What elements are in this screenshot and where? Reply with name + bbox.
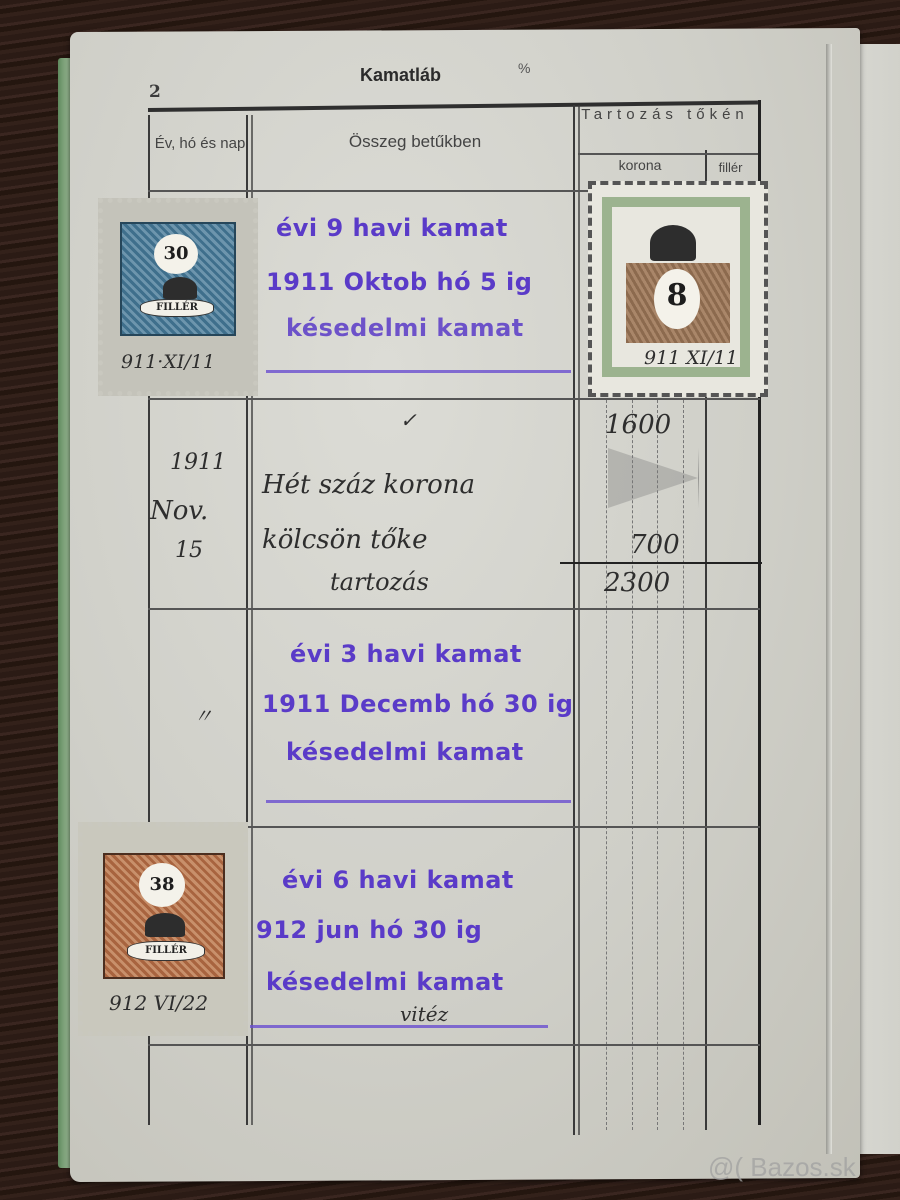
stamped-line: évi 3 havi kamat: [290, 640, 522, 668]
stamp-value: 30: [154, 234, 198, 274]
crown-icon: [650, 225, 696, 261]
column-divider-amount: [573, 105, 575, 1135]
date-year: 1911: [170, 450, 226, 475]
revenue-stamp-30: 30 FILLÉR 911·XI/11: [98, 198, 258, 396]
signature: vitéz: [400, 1002, 448, 1026]
korona-total: 2300: [604, 568, 670, 598]
stamped-line: késedelmi kamat: [286, 738, 524, 766]
korona-guide-1: [606, 400, 607, 1130]
revenue-stamp-8: 8 911 XI/11: [588, 181, 768, 397]
sum-rule: [560, 562, 762, 564]
header-debt: Tartozás tőkén: [575, 104, 755, 126]
pencil-triangle-mark: [608, 448, 699, 508]
handwritten-line: Hét száz korona: [262, 470, 475, 500]
stamp-value: 8: [654, 269, 700, 329]
stamp-value: 38: [139, 863, 185, 907]
percent-sign: %: [518, 60, 530, 76]
header-subdivider: [578, 153, 758, 155]
date-month: Nov.: [150, 496, 208, 526]
row-divider-4: [148, 1044, 760, 1046]
korona-value: 1600: [605, 410, 671, 440]
korona-value: 700: [630, 530, 680, 560]
stamp-cancel-date: 911·XI/11: [121, 351, 215, 373]
stamp-unit: FILLÉR: [140, 299, 214, 317]
korona-guide-2: [632, 400, 633, 1130]
stamped-line: késedelmi kamat: [266, 968, 504, 996]
ink-underline: [250, 1025, 548, 1028]
ditto-mark: 〃: [193, 700, 213, 729]
stamped-line: 1911 Decemb hó 30 ig: [262, 690, 574, 718]
page-title: Kamatláb: [360, 65, 441, 86]
ink-underline: [266, 800, 571, 803]
date-day: 15: [175, 538, 203, 563]
header-date: Év, hó és nap: [150, 132, 250, 156]
row-divider-2: [148, 608, 760, 610]
row-divider-1: [148, 398, 760, 400]
watermark: @( Bazos.sk: [708, 1152, 856, 1183]
revenue-stamp-38: 38 FILLÉR 912 VI/22: [78, 822, 248, 1036]
page-fold: [826, 44, 832, 1154]
stamp-cancel-date: 912 VI/22: [109, 991, 208, 1015]
ink-underline: [266, 370, 571, 373]
header-korona: korona: [590, 157, 690, 173]
stamp-cancel-date: 911 XI/11: [644, 347, 738, 369]
korona-guide-3: [657, 400, 658, 1130]
stamp-unit: FILLÉR: [127, 941, 205, 961]
handwritten-line: tartozás: [330, 568, 429, 596]
stamped-line: évi 9 havi kamat: [276, 214, 508, 242]
crown-icon: [163, 277, 197, 299]
stamped-line: évi 6 havi kamat: [282, 866, 514, 894]
column-divider-amount-double: [578, 105, 580, 1135]
crown-icon: [145, 913, 185, 937]
handwritten-line: kölcsön tőke: [262, 525, 428, 555]
stamped-line: késedelmi kamat: [286, 314, 524, 342]
check-mark: ✓: [400, 408, 417, 432]
stamped-line: 1911 Oktob hó 5 ig: [266, 268, 532, 296]
stamped-line: 912 jun hó 30 ig: [256, 916, 482, 944]
header-filler: fillér: [708, 160, 753, 175]
page-number: 2: [149, 82, 161, 102]
header-amount-words: Összeg betűkben: [255, 132, 575, 152]
korona-guide-4: [683, 400, 684, 1130]
